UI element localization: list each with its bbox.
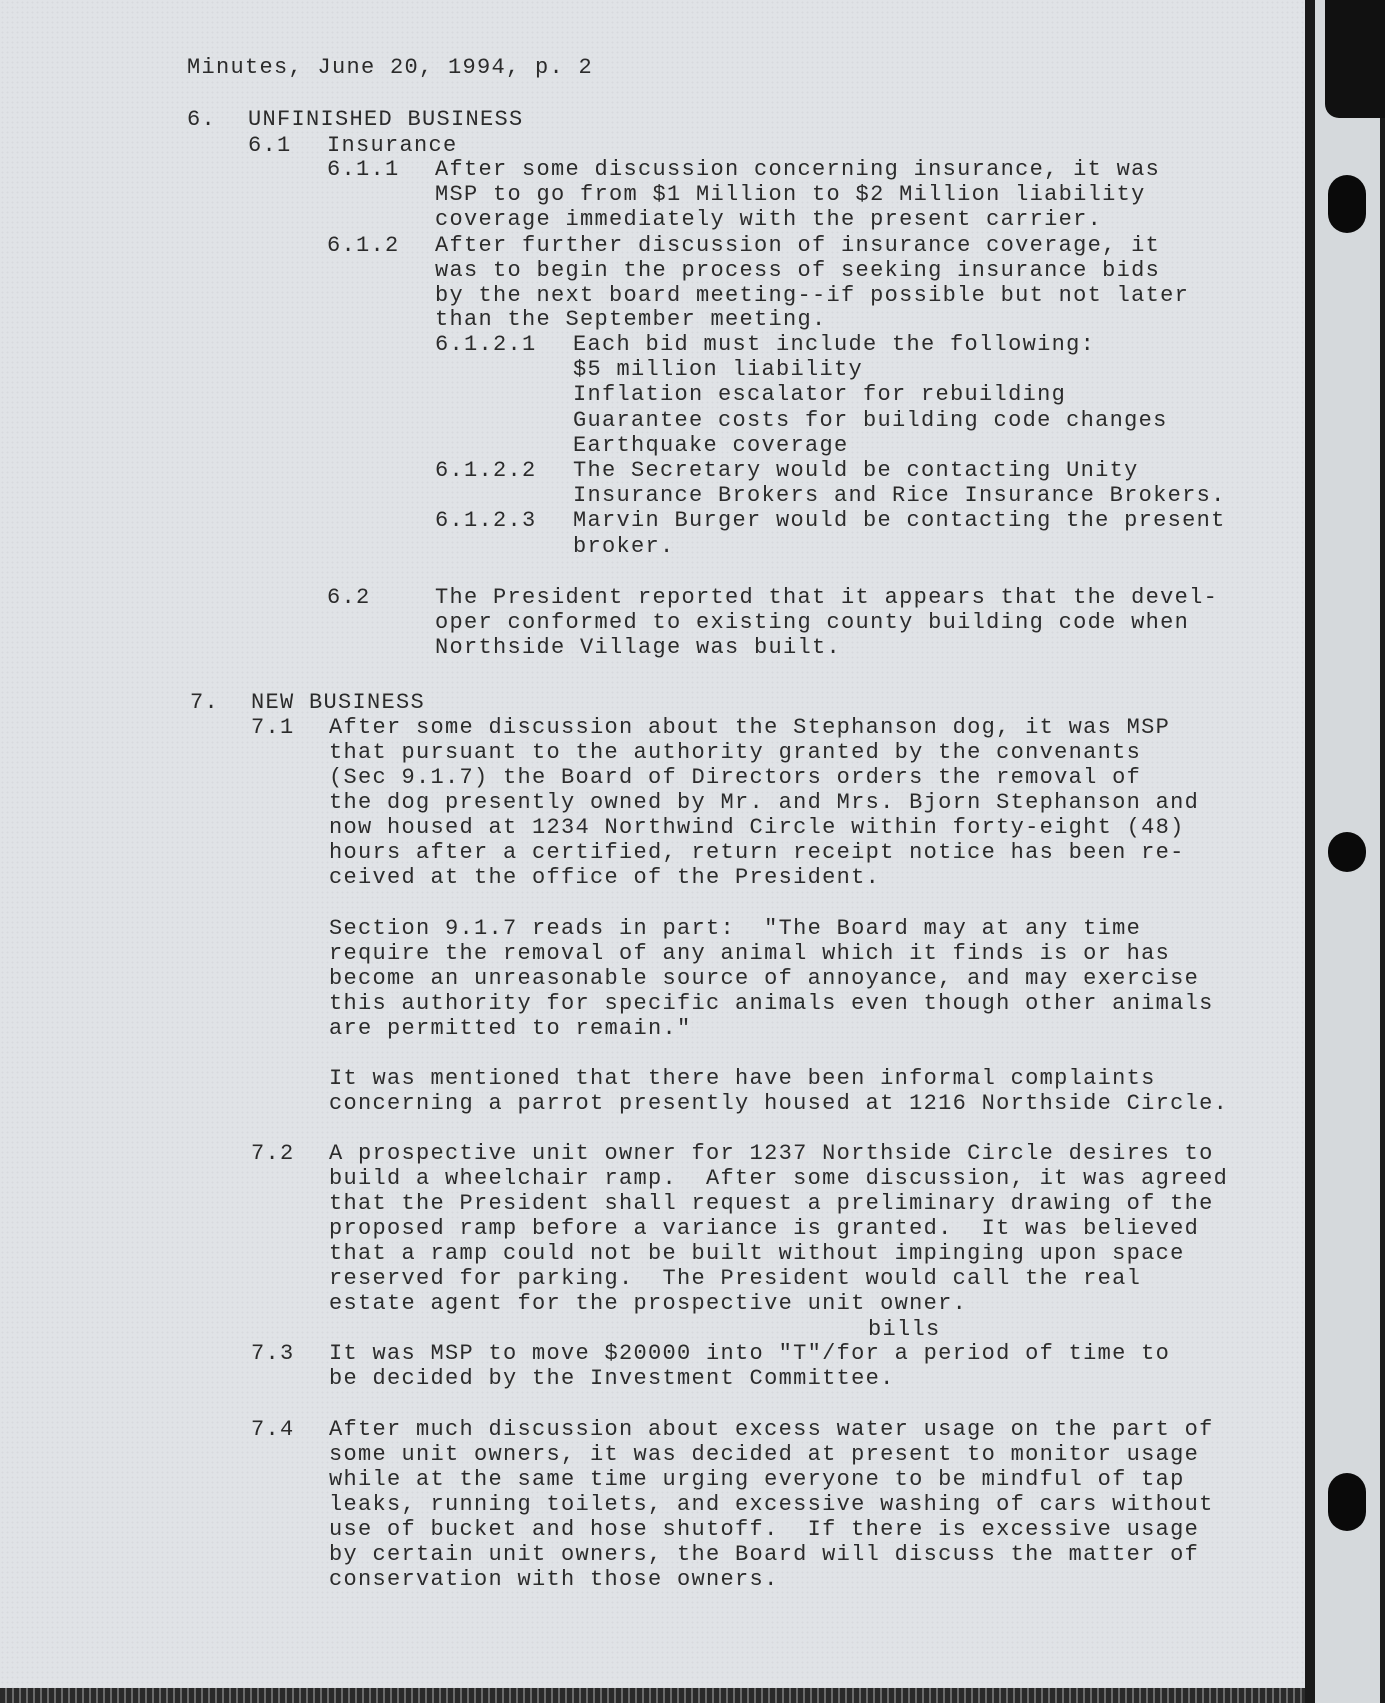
bid-requirement: Inflation escalator for rebuilding: [573, 383, 1066, 407]
section-6-1-2-2-number: 6.1.2.2: [435, 459, 537, 483]
sheet-protector-top: [1325, 0, 1385, 118]
section-6-1-1-number: 6.1.1: [327, 158, 400, 182]
text-line: After some discussion about the Stephans…: [329, 716, 1170, 740]
text-line: proposed ramp before a variance is grant…: [329, 1217, 1199, 1241]
bid-requirement: Guarantee costs for building code change…: [573, 409, 1168, 433]
quote-line: require the removal of any animal which …: [329, 942, 1170, 966]
section-7-3-number: 7.3: [251, 1342, 295, 1366]
text-line: now housed at 1234 Northwind Circle with…: [329, 816, 1185, 840]
text-line: was to begin the process of seeking insu…: [435, 259, 1160, 283]
text-line: by certain unit owners, the Board will d…: [329, 1543, 1199, 1567]
text-line: conservation with those owners.: [329, 1568, 779, 1592]
text-line: hours after a certified, return receipt …: [329, 841, 1185, 865]
text-line: that the President shall request a preli…: [329, 1192, 1214, 1216]
section-6-1-2-number: 6.1.2: [327, 234, 400, 258]
text-line: estate agent for the prospective unit ow…: [329, 1292, 967, 1316]
text-line: The President reported that it appears t…: [435, 586, 1218, 610]
text-line: coverage immediately with the present ca…: [435, 208, 1102, 232]
text-line: After further discussion of insurance co…: [435, 234, 1160, 258]
text-line: Insurance Brokers and Rice Insurance Bro…: [573, 484, 1226, 508]
section-6-number: 6.: [187, 108, 216, 132]
text-line: Marvin Burger would be contacting the pr…: [573, 509, 1226, 533]
page-header: Minutes, June 20, 1994, p. 2: [187, 56, 593, 80]
binder-hole-icon: [1328, 1473, 1366, 1531]
section-6-2-number: 6.2: [327, 586, 371, 610]
section-7-number: 7.: [190, 691, 219, 715]
text-line: while at the same time urging everyone t…: [329, 1468, 1185, 1492]
text-line: some unit owners, it was decided at pres…: [329, 1443, 1199, 1467]
text-line: Northside Village was built.: [435, 636, 841, 660]
text-line: by the next board meeting--if possible b…: [435, 284, 1189, 308]
text-line: concerning a parrot presently housed at …: [329, 1092, 1228, 1116]
text-line: that pursuant to the authority granted b…: [329, 741, 1141, 765]
text-line: Each bid must include the following:: [573, 333, 1095, 357]
text-line: broker.: [573, 535, 675, 559]
bid-requirement: Earthquake coverage: [573, 434, 849, 458]
binder-hole-icon: [1328, 175, 1366, 233]
section-6-1-number: 6.1: [248, 134, 292, 158]
text-line: be decided by the Investment Committee.: [329, 1367, 895, 1391]
text-line: MSP to go from $1 Million to $2 Million …: [435, 183, 1146, 207]
section-6-1-2-3-number: 6.1.2.3: [435, 509, 537, 533]
text-line: It was MSP to move $20000 into "T"/for a…: [329, 1342, 1170, 1366]
handwritten-annotation: bills: [868, 1318, 941, 1342]
text-line: (Sec 9.1.7) the Board of Directors order…: [329, 766, 1141, 790]
text-line: After much discussion about excess water…: [329, 1418, 1214, 1442]
section-7-title: NEW BUSINESS: [251, 691, 425, 715]
bid-requirement: $5 million liability: [573, 358, 863, 382]
document-page: Minutes, June 20, 1994, p. 2 6. UNFINISH…: [0, 0, 1305, 1688]
binder-edge: [1305, 0, 1315, 1703]
text-line: A prospective unit owner for 1237 Norths…: [329, 1142, 1214, 1166]
text-line: The Secretary would be contacting Unity: [573, 459, 1139, 483]
section-6-1-title: Insurance: [327, 134, 458, 158]
section-7-1-number: 7.1: [251, 716, 295, 740]
text-line: the dog presently owned by Mr. and Mrs. …: [329, 791, 1199, 815]
section-7-2-number: 7.2: [251, 1142, 295, 1166]
text-line: After some discussion concerning insuran…: [435, 158, 1160, 182]
text-line: build a wheelchair ramp. After some disc…: [329, 1167, 1228, 1191]
quote-line: become an unreasonable source of annoyan…: [329, 967, 1199, 991]
section-6-title: UNFINISHED BUSINESS: [248, 108, 524, 132]
text-line: use of bucket and hose shutoff. If there…: [329, 1518, 1199, 1542]
text-line: It was mentioned that there have been in…: [329, 1067, 1156, 1091]
text-line: reserved for parking. The President woul…: [329, 1267, 1141, 1291]
quote-line: are permitted to remain.": [329, 1017, 692, 1041]
text-line: oper conformed to existing county buildi…: [435, 611, 1189, 635]
quote-line: this authority for specific animals even…: [329, 992, 1214, 1016]
quote-line: Section 9.1.7 reads in part: "The Board …: [329, 917, 1141, 941]
section-7-4-number: 7.4: [251, 1418, 295, 1442]
binder-hole-icon: [1328, 832, 1366, 872]
text-line: than the September meeting.: [435, 308, 827, 332]
text-line: ceived at the office of the President.: [329, 866, 880, 890]
page-bottom-edge: [0, 1688, 1305, 1703]
sheet-protector-edge: [1380, 118, 1385, 1703]
text-line: that a ramp could not be built without i…: [329, 1242, 1185, 1266]
text-line: leaks, running toilets, and excessive wa…: [329, 1493, 1214, 1517]
section-6-1-2-1-number: 6.1.2.1: [435, 333, 537, 357]
